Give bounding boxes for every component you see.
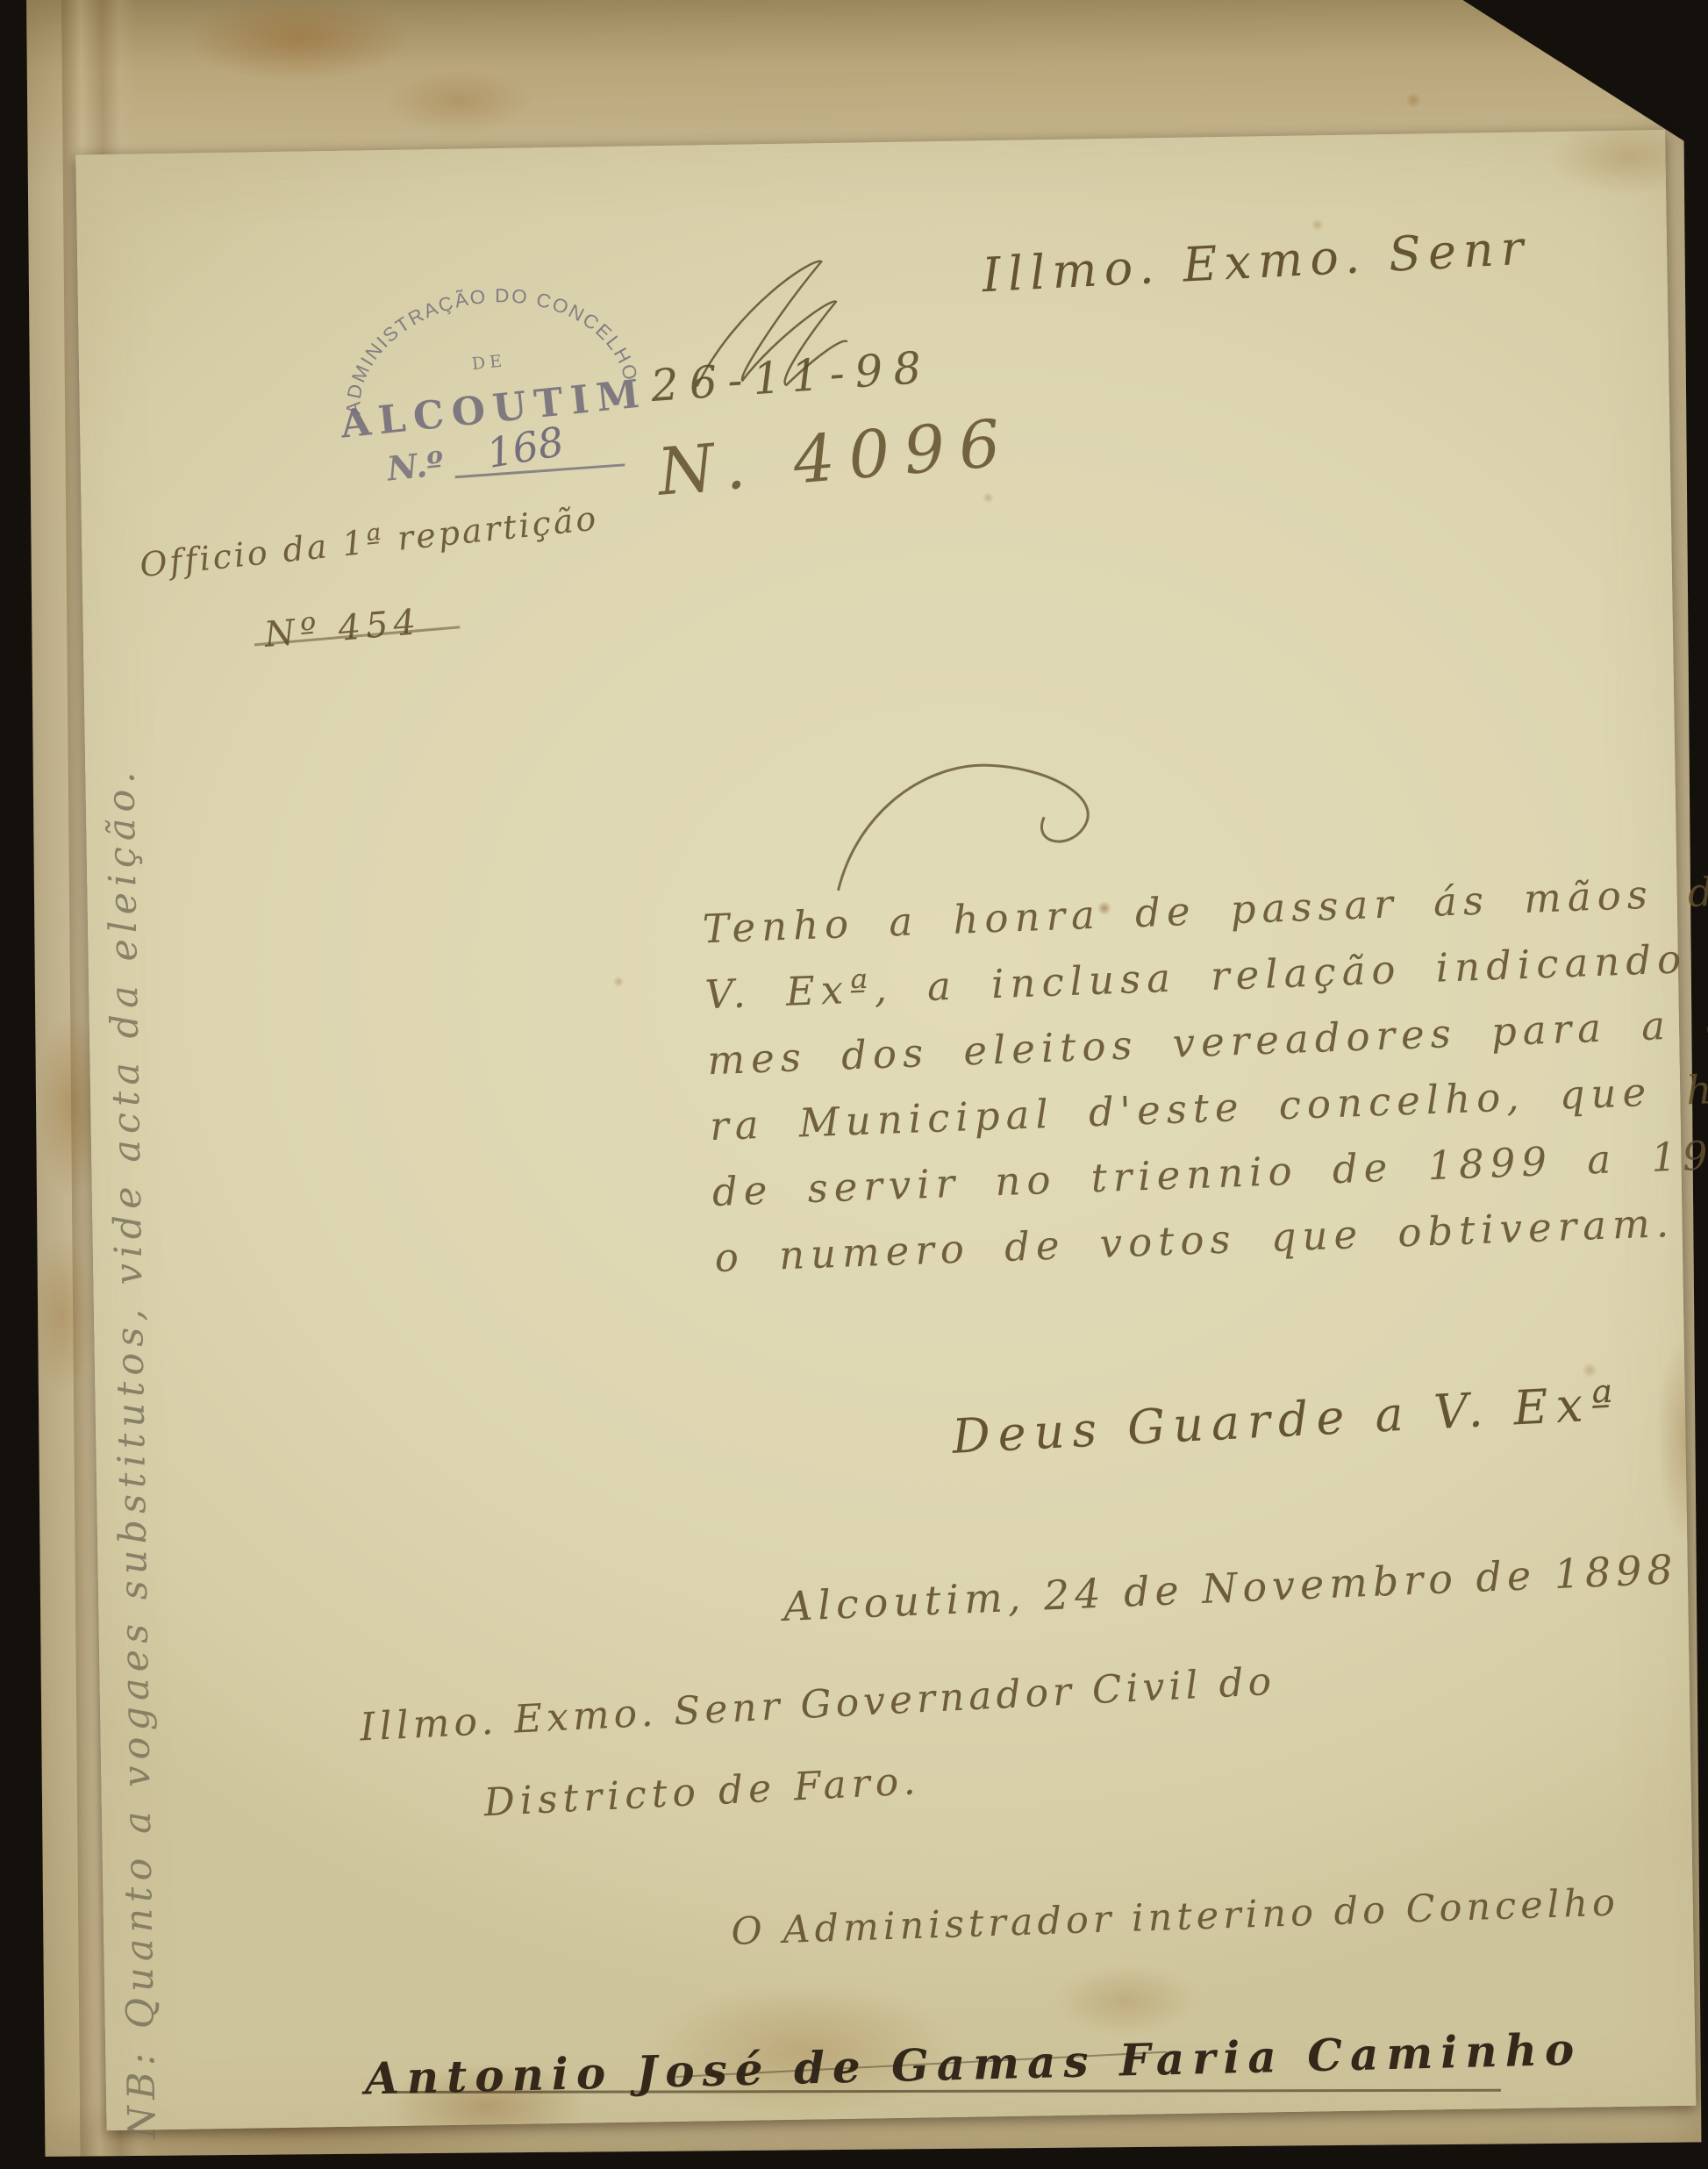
stamp-de-text: DE (471, 351, 507, 374)
letter-sheet: ADMINISTRAÇÃO DO CONCELHO DE ALCOUTIM N.… (75, 130, 1696, 2130)
office-note-line1: Officio da 1ª repartição (138, 498, 600, 584)
municipal-stamp: ADMINISTRAÇÃO DO CONCELHO DE ALCOUTIM N.… (311, 228, 668, 507)
dateline: Alcoutim, 24 de Novembro de 1898 (783, 1545, 1679, 1630)
office-note-line2: Nº 454 (262, 602, 422, 655)
signature-role: O Administrador interino do Concelho (731, 1880, 1620, 1954)
addressee-line1: Illmo. Exmo. Senr Governador Civil do (359, 1659, 1276, 1750)
margin-note-vertical: NB: Quanto a vogaes substitutos, vide ac… (91, 234, 165, 2139)
stamp-graphic: ADMINISTRAÇÃO DO CONCELHO DE ALCOUTIM N.… (311, 228, 668, 504)
addressee-line2: Districto de Faro. (482, 1758, 921, 1825)
letter-body: Tenho a honra de passar ás mãos de V. Ex… (702, 853, 1708, 1291)
document-scan: ADMINISTRAÇÃO DO CONCELHO DE ALCOUTIM N.… (0, 0, 1708, 2169)
salutation: Illmo. Exmo. Senr (981, 220, 1532, 304)
registry-number: N. 4096 (654, 404, 1017, 510)
valediction: Deus Guarde a V. Exª (951, 1375, 1623, 1464)
stamp-number-label: N.º (384, 443, 446, 488)
